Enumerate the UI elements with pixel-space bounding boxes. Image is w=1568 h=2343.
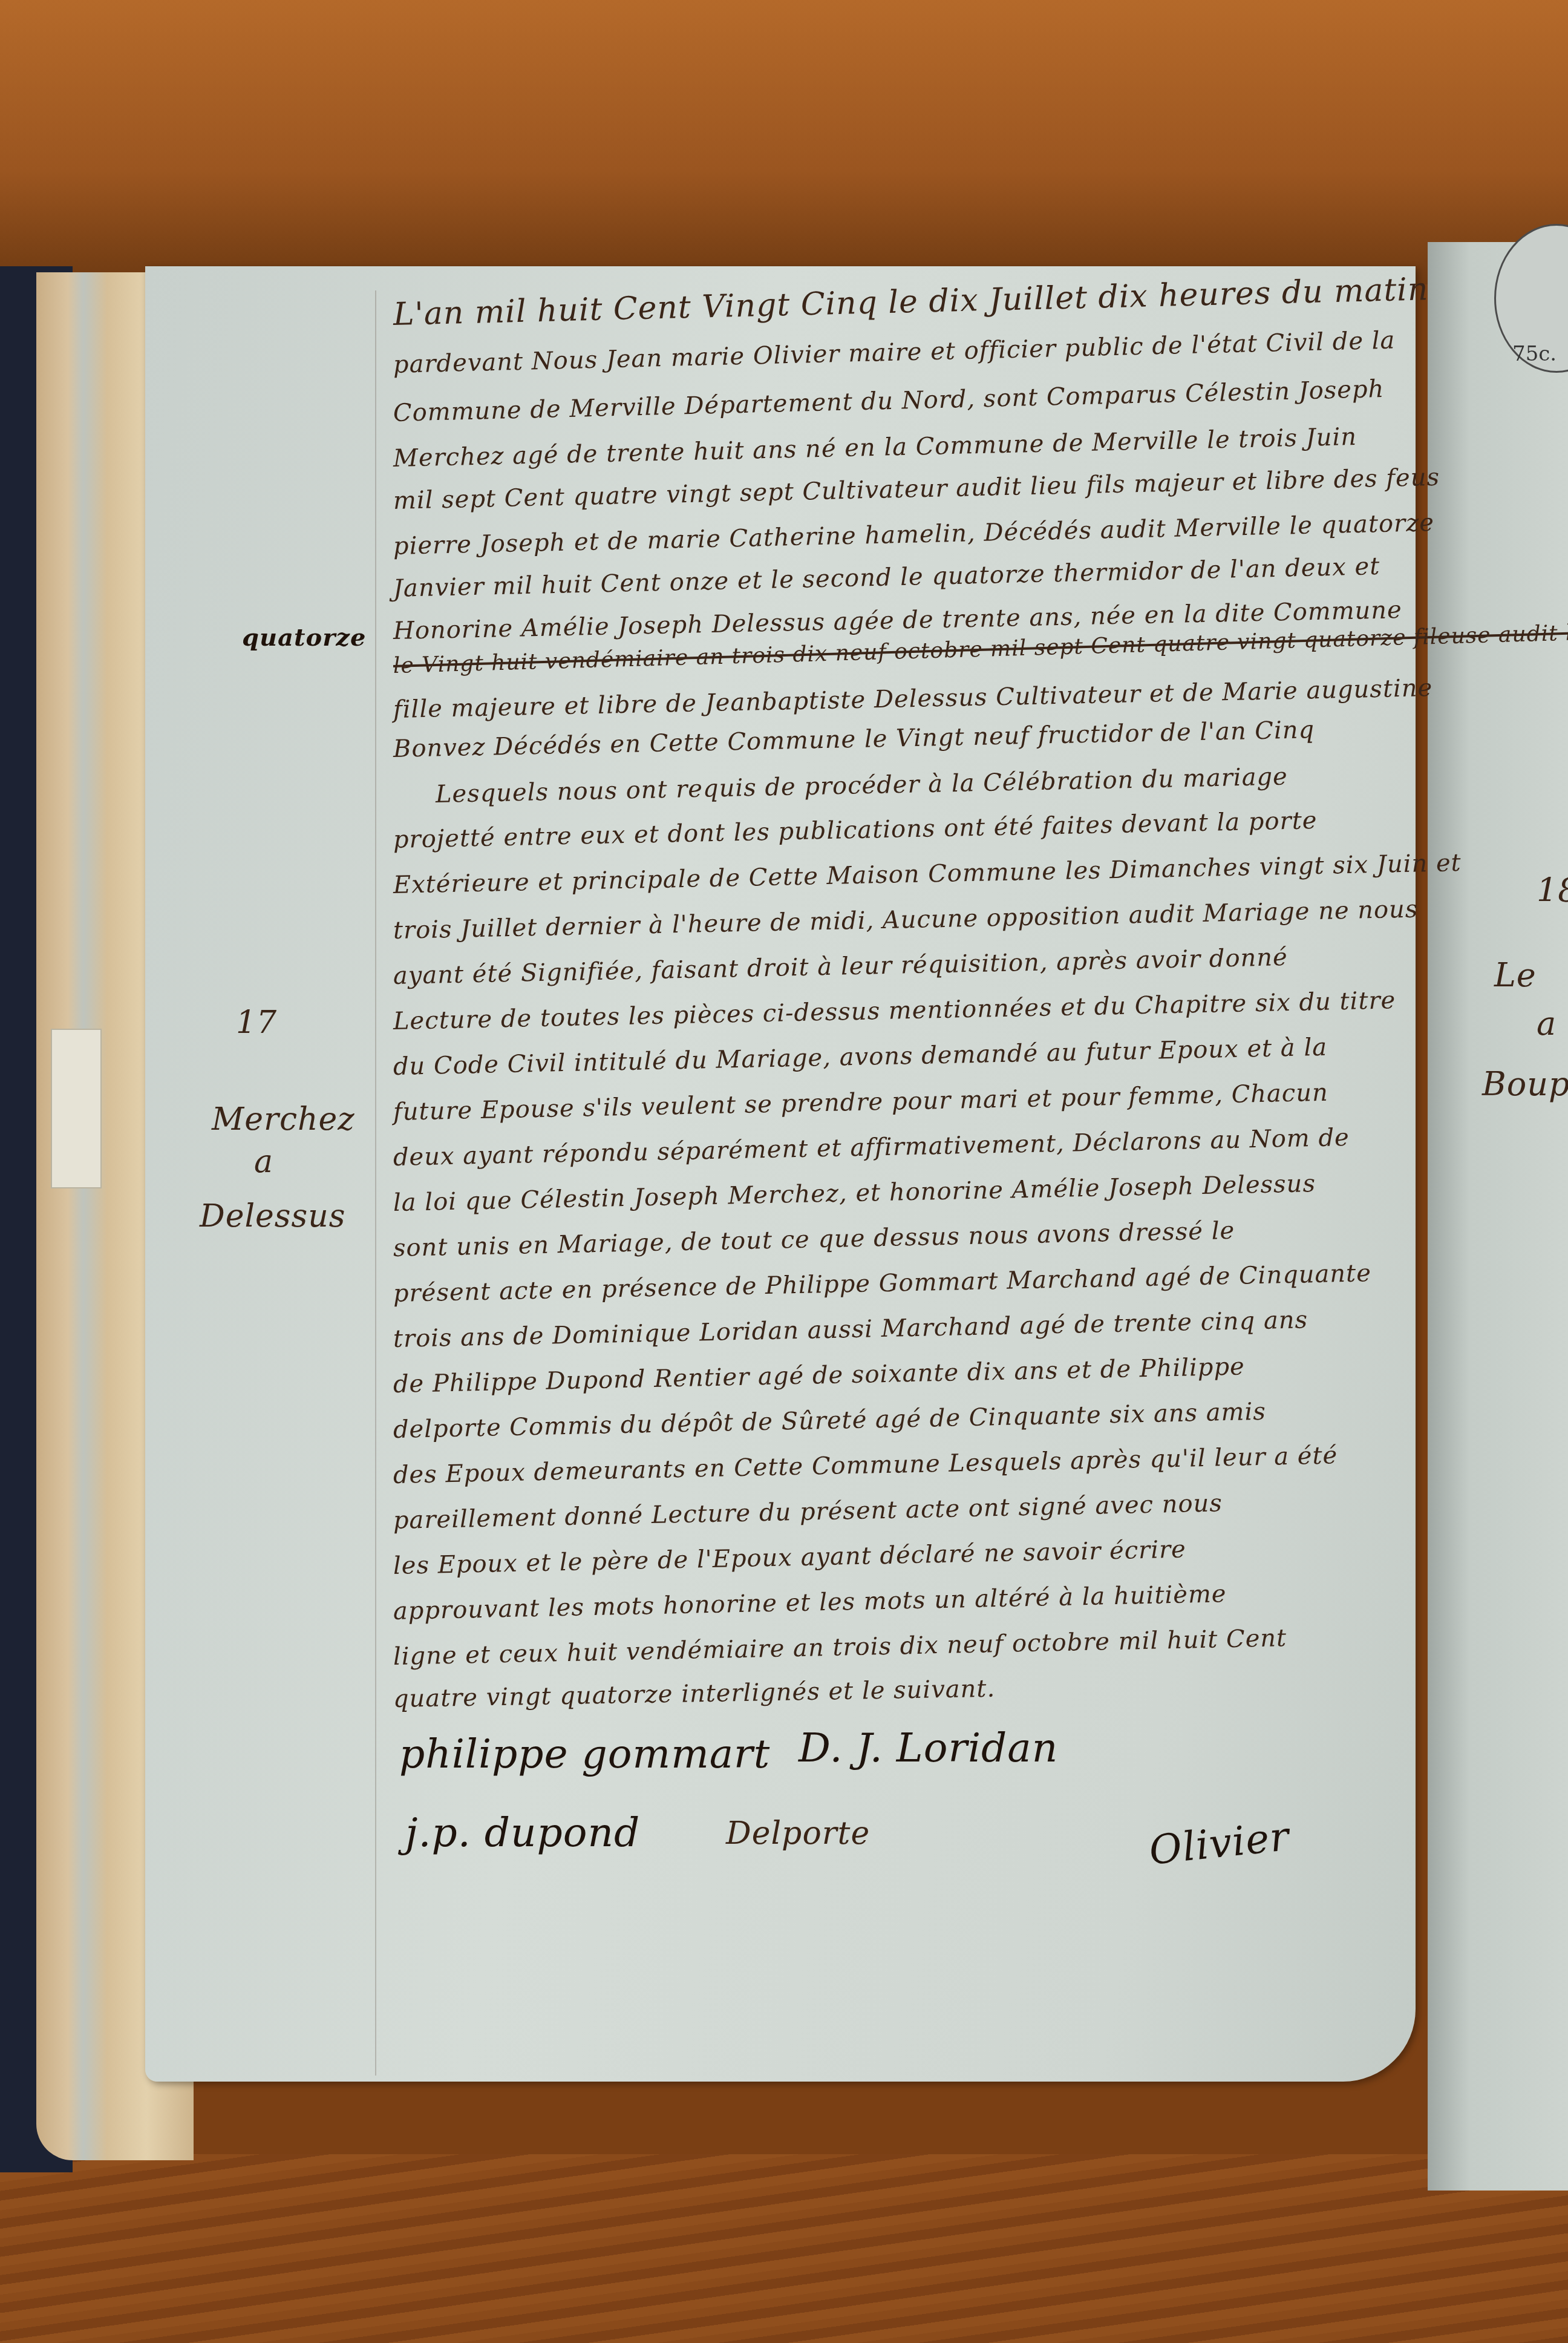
margin-name-groom: Merchez [212, 1101, 355, 1138]
right-page-snippet: Le [1494, 956, 1537, 994]
facing-page [1428, 242, 1568, 2191]
paper-tab [51, 1029, 102, 1188]
margin-name-bride: Delessus [200, 1198, 345, 1234]
stamp-value: 75c. [1512, 342, 1557, 366]
wooden-table-bottom [0, 2154, 1568, 2343]
signature-loridan: D. J. Loridan [799, 1725, 1058, 1771]
margin-rule [375, 290, 376, 2076]
wooden-table-top [0, 0, 1568, 284]
right-page-snippet: 18 [1537, 871, 1568, 909]
margin-correction: quatorze [242, 623, 366, 652]
signature-dupond: j.p. dupond [405, 1809, 640, 1856]
right-page-snippet: Boup [1482, 1065, 1568, 1103]
right-page-snippet: a [1537, 1004, 1557, 1043]
margin-conjunction: a [254, 1144, 273, 1180]
signature-gommart: philippe gommart [399, 1731, 770, 1777]
entry-number: 17 [236, 1004, 277, 1041]
signature-delporte: Delporte [726, 1815, 870, 1852]
